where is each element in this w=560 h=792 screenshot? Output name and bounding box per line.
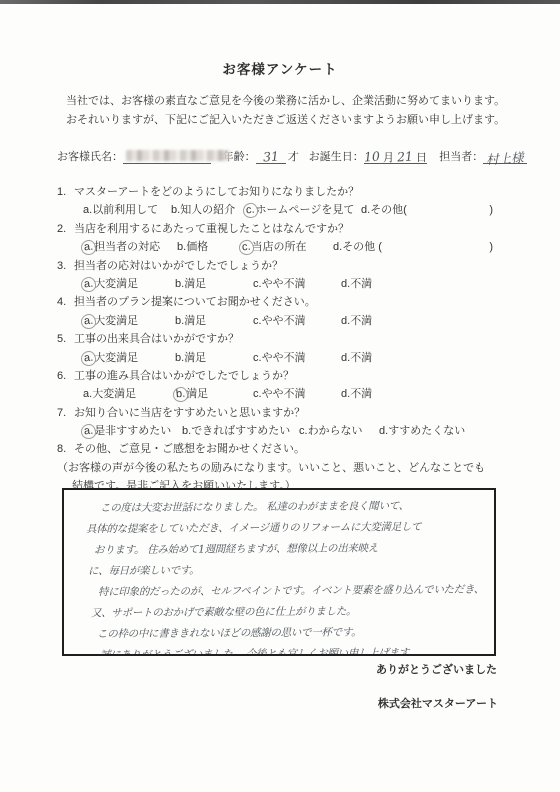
option-label: 不満: [350, 352, 372, 364]
birthday-month-unit: 月: [383, 152, 394, 164]
intro-line-2: おそれいりますが、下記にご記入いただきご返送くださいますようお願い申し上げます。: [66, 111, 505, 130]
question-5-options: a.大変満足 b.満足 c.やや不満 d.不満: [57, 349, 493, 367]
option-letter: c.: [253, 315, 262, 327]
option-label: 価格: [186, 241, 208, 253]
question-text: その他、ご意見・ご感想をお聞かせください。: [74, 443, 305, 455]
age-value-handwritten: 31: [262, 148, 279, 164]
option-d: d.不満: [341, 385, 372, 403]
question-text: 工事の進み具合はいかがでしたでしょうか？: [74, 370, 294, 382]
option-letter: b.: [171, 204, 180, 216]
comment-line: この度は大変お世話になりました。 私達のわがままを良く聞いて、: [78, 496, 486, 520]
question-1-options: a.以前利用して b.知人の紹介 c.ホームページを見て d.その他(): [57, 201, 493, 219]
option-letter: d.: [341, 278, 350, 290]
comment-line: おります。 住み始めて1週間経ちますが、想像以上の出来映え: [78, 538, 486, 562]
question-number: 5.: [57, 330, 74, 348]
option-label: 満足: [184, 352, 206, 364]
birthday-label: お誕生日：: [309, 148, 364, 164]
option-label: やや不満: [262, 388, 306, 400]
birthday-day-handwritten: 21: [397, 148, 414, 164]
question-7: 7.お知り合いに当店をすすめたいと思いますか？ a.是非すすめたい b.できれば…: [57, 404, 493, 441]
option-b: b.満足: [175, 349, 253, 367]
option-d: d.不満: [341, 312, 372, 330]
option-label: 担当者の対応: [94, 241, 160, 253]
option-d: d.その他 (): [333, 238, 493, 256]
option-letter: d.: [361, 201, 370, 219]
option-letter: c.: [253, 388, 262, 400]
question-text: 当店を利用するにあたって重視したことはなんですか？: [74, 223, 349, 235]
comment-line: 特に印象的だったのが、セルフペイントです。イベント要素を盛り込んでいただき、: [78, 580, 486, 604]
option-label: すすめたくない: [388, 425, 465, 437]
handwritten-comment-box: この度は大変お世話になりました。 私達のわがままを良く聞いて、 具体的な提案をし…: [62, 488, 496, 656]
option-c: c.やや不満: [253, 275, 341, 293]
option-letter: a.: [80, 240, 96, 256]
option-label: やや不満: [262, 278, 306, 290]
option-letter: d.: [379, 425, 388, 437]
birthday-field: 10 月 21 日: [364, 149, 427, 164]
option-letter: d.: [341, 315, 350, 327]
comment-line: 具体的な提案をしていただき、イメージ通りのリフォームに大変満足して: [78, 517, 486, 541]
question-number: 1.: [57, 183, 74, 201]
option-a: a.大変満足: [83, 385, 175, 403]
option-a: a.以前利用して: [83, 201, 171, 219]
option-letter: a.: [83, 204, 92, 216]
option-a: a.大変満足: [83, 275, 175, 293]
customer-name-label: お客様氏名：: [57, 148, 123, 164]
option-letter: c.: [242, 203, 258, 219]
question-list: 1.マスターアートをどのようにしてお知りになりましたか？ a.以前利用して b.…: [57, 183, 493, 496]
option-label: その他(: [370, 201, 407, 219]
option-label: 当店の所在: [252, 241, 307, 253]
company-name: 株式会社マスターアート: [378, 695, 498, 711]
option-label: 是非すすめたい: [94, 425, 171, 437]
staff-value-handwritten: 村上様: [486, 148, 525, 169]
option-letter: d.: [333, 238, 342, 256]
option-letter: d.: [341, 388, 350, 400]
option-label: ホームページを見て: [256, 204, 355, 216]
question-5: 5.工事の出来具合はいかがですか？ a.大変満足 b.満足 c.やや不満 d.不…: [57, 330, 493, 367]
question-number: 6.: [57, 367, 74, 385]
question-number: 3.: [57, 257, 74, 275]
question-text: 工事の出来具合はいかがですか？: [74, 333, 239, 345]
option-letter: b.: [172, 387, 188, 403]
question-3: 3.担当者の応対はいかがでしたでしょうか？ a.大変満足 b.満足 c.やや不満…: [57, 257, 493, 294]
question-number: 7.: [57, 404, 74, 422]
question-6: 6.工事の進み具合はいかがでしたでしょうか？ a.大変満足 b.満足 c.やや不…: [57, 367, 493, 404]
option-letter: c.: [238, 240, 254, 256]
age-field: 31: [256, 149, 286, 164]
option-b: b.満足: [175, 275, 253, 293]
question-7-options: a.是非すすめたい b.できればすすめたい c.わからない d.すすめたくない: [57, 422, 493, 440]
option-label: 大変満足: [94, 352, 138, 364]
option-letter: b.: [175, 352, 184, 364]
option-c: c.やや不満: [253, 312, 341, 330]
option-label: 満足: [184, 315, 206, 327]
customer-info-row: お客様氏名： 年齢： 31 才 お誕生日： 10 月 21 日 担当者： 村上様: [57, 148, 527, 164]
option-b: b.価格: [177, 238, 241, 256]
survey-scan-page: お客様アンケート 当社では、お客様の素直なご意見を今後の業務に活かし、企業活動に…: [0, 0, 560, 792]
comment-line: 又、サポートのおかげで素敵な壁の色に仕上がりました。: [78, 601, 486, 625]
option-letter: b.: [177, 241, 186, 253]
option-a: a.是非すすめたい: [83, 422, 182, 440]
question-2-options: a.担当者の対応 b.価格 c.当店の所在 d.その他 (): [57, 238, 493, 256]
option-a: a.大変満足: [83, 349, 175, 367]
option-label: 不満: [350, 278, 372, 290]
question-text: マスターアートをどのようにしてお知りになりましたか？: [74, 186, 359, 198]
birthday-day-unit: 日: [416, 152, 427, 164]
option-close-paren: ): [489, 238, 493, 256]
option-letter: a.: [83, 388, 92, 400]
option-letter: b.: [175, 315, 184, 327]
option-label: 不満: [350, 388, 372, 400]
option-a: a.担当者の対応: [83, 238, 177, 256]
option-label: 満足: [184, 278, 206, 290]
option-b: b.知人の紹介: [171, 201, 245, 219]
option-label: 大変満足: [94, 315, 138, 327]
question-3-options: a.大変満足 b.満足 c.やや不満 d.不満: [57, 275, 493, 293]
birthday-month-handwritten: 10: [363, 148, 380, 164]
intro-text: 当社では、お客様の素直なご意見を今後の業務に活かし、企業活動に努めてまいります。…: [66, 92, 505, 130]
thanks-text: ありがとうございました: [376, 661, 497, 677]
option-label: やや不満: [262, 315, 306, 327]
question-text: 担当者の応対はいかがでしたでしょうか？: [74, 260, 283, 272]
option-label: できればすすめたい: [191, 425, 290, 437]
option-letter: b.: [175, 278, 184, 290]
option-c: c.当店の所在: [241, 238, 333, 256]
q8-note-line-1: （お客様の声が今後の私たちの励みになります。いいこと、悪いこと、どんなことでも: [57, 459, 493, 477]
comment-line: この枠の中に書ききれないほどの感謝の思いで一杯です。: [78, 622, 486, 646]
option-label: 大変満足: [94, 278, 138, 290]
option-b: b.満足: [175, 312, 253, 330]
question-2: 2.当店を利用するにあたって重視したことはなんですか？ a.担当者の対応 b.価…: [57, 220, 493, 257]
option-letter: c.: [253, 352, 262, 364]
option-label: 知人の紹介: [180, 204, 235, 216]
option-b: b.できればすすめたい: [182, 422, 299, 440]
option-b: b.満足: [175, 385, 253, 403]
option-label: その他 (: [342, 238, 382, 256]
question-4: 4.担当者のプラン提案についてお聞かせください。 a.大変満足 b.満足 c.や…: [57, 293, 493, 330]
option-d: d.すすめたくない: [379, 422, 465, 440]
comment-line: に、毎日が楽しいです。: [78, 559, 486, 583]
question-text: お知り合いに当店をすすめたいと思いますか？: [74, 407, 305, 419]
question-number: 2.: [57, 220, 74, 238]
question-number: 4.: [57, 293, 74, 311]
option-label: 以前利用して: [92, 204, 158, 216]
option-letter: c.: [253, 278, 262, 290]
staff-field: 村上様: [483, 149, 527, 164]
option-close-paren: ): [489, 201, 493, 219]
option-d: d.不満: [341, 349, 372, 367]
option-c: c.やや不満: [253, 349, 341, 367]
option-c: c.ホームページを見て: [245, 201, 361, 219]
staff-label: 担当者：: [439, 148, 483, 164]
page-title: お客様アンケート: [0, 58, 560, 78]
option-c: c.やや不満: [253, 385, 341, 403]
option-d: d.不満: [341, 275, 372, 293]
scan-edge: [0, 0, 560, 4]
option-label: 大変満足: [92, 388, 136, 400]
question-6-options: a.大変満足 b.満足 c.やや不満 d.不満: [57, 385, 493, 403]
intro-line-1: 当社では、お客様の素直なご意見を今後の業務に活かし、企業活動に努めてまいります。: [66, 92, 505, 111]
option-letter: b.: [182, 425, 191, 437]
option-label: わからない: [308, 425, 363, 437]
customer-name-field: [123, 149, 211, 164]
question-text: 担当者のプラン提案についてお聞かせください。: [74, 296, 316, 308]
age-unit: 才: [288, 148, 299, 164]
question-4-options: a.大変満足 b.満足 c.やや不満 d.不満: [57, 312, 493, 330]
option-a: a.大変満足: [83, 312, 175, 330]
option-letter: d.: [341, 352, 350, 364]
question-number: 8.: [57, 440, 74, 458]
question-1: 1.マスターアートをどのようにしてお知りになりましたか？ a.以前利用して b.…: [57, 183, 493, 220]
option-c: c.わからない: [299, 422, 379, 440]
option-label: 満足: [186, 388, 208, 400]
option-letter: c.: [299, 425, 308, 437]
option-d: d.その他(): [361, 201, 493, 219]
redacted-customer-name: [126, 150, 230, 161]
option-label: 不満: [350, 315, 372, 327]
comment-line: 誠にありがとうございました。 今後とも宜しくお願い申し上げます。: [78, 643, 486, 656]
option-label: やや不満: [262, 352, 306, 364]
